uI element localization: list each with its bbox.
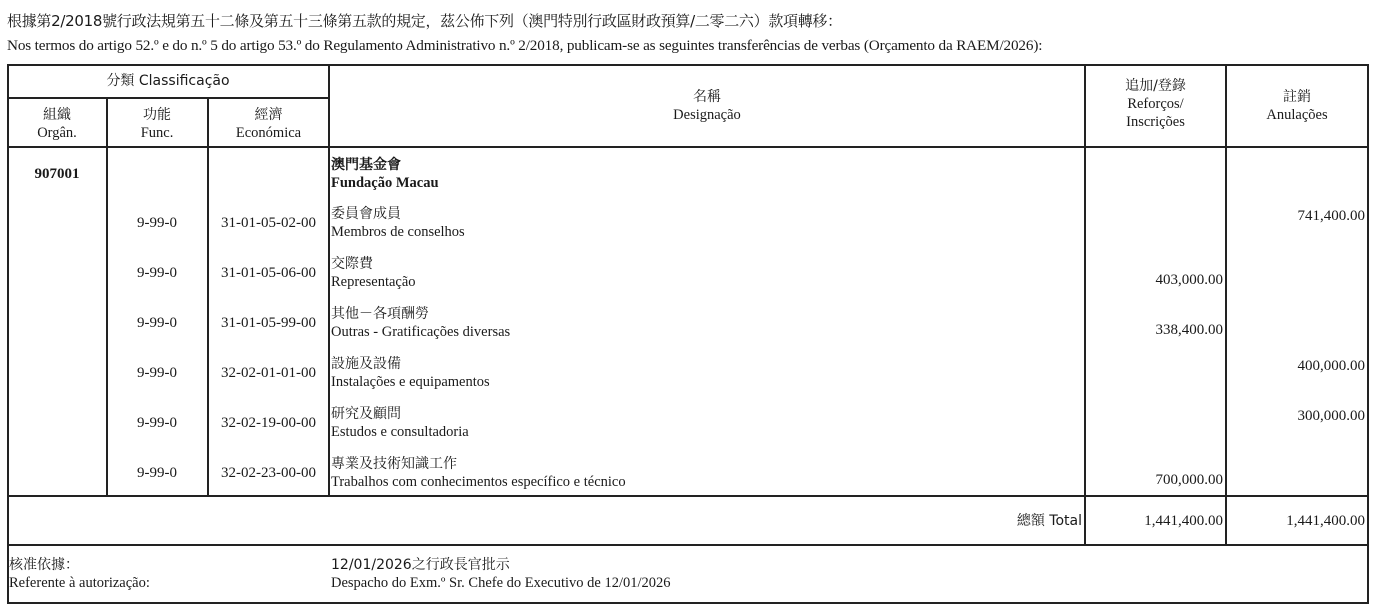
func-code: 9-99-0 xyxy=(107,464,207,482)
econ-code: 31-01-05-99-00 xyxy=(208,314,329,332)
designation-zh: 委員會成員 xyxy=(331,205,1081,223)
designation: 委員會成員Membros de conselhos xyxy=(331,205,1081,241)
header-classification: 分類 Classificação xyxy=(7,72,329,90)
designation-zh: 交際費 xyxy=(331,255,1081,273)
designation-zh: 其他－各項酬勞 xyxy=(331,305,1081,323)
intro-text-portuguese: Nos termos do artigo 52.º e do n.º 5 do … xyxy=(7,37,1042,55)
organ-code: 907001 xyxy=(7,165,107,183)
designation-pt: Instalações e equipamentos xyxy=(331,373,1081,391)
authorization-value-zh: 12/01/2026之行政長官批示 xyxy=(331,556,1231,574)
designation: 研究及顧問Estudos e consultadoria xyxy=(331,405,1081,441)
designation-zh: 專業及技術知識工作 xyxy=(331,455,1081,473)
header-designation-zh: 名稱 xyxy=(329,88,1085,106)
table-border-top xyxy=(7,64,1368,66)
entity-name-zh: 澳門基金會 xyxy=(331,156,1081,174)
econ-code: 32-02-01-01-00 xyxy=(208,364,329,382)
header-func-zh: 功能 xyxy=(107,106,207,124)
cancellation-amount: 300,000.00 xyxy=(1226,407,1365,425)
designation: 專業及技術知識工作Trabalhos com conhecimentos esp… xyxy=(331,455,1081,491)
designation: 設施及設備Instalações e equipamentos xyxy=(331,355,1081,391)
col-divider-organ xyxy=(106,97,108,496)
econ-code: 31-01-05-02-00 xyxy=(208,214,329,232)
header-designation-pt: Designação xyxy=(329,106,1085,124)
header-organ-zh: 組織 xyxy=(7,106,107,124)
table-border-left xyxy=(7,64,9,604)
designation-pt: Membros de conselhos xyxy=(331,223,1081,241)
designation-zh: 研究及顧問 xyxy=(331,405,1081,423)
header-func-pt: Func. xyxy=(107,124,207,142)
classification-divider xyxy=(7,97,329,99)
authorization-value-pt: Despacho do Exm.º Sr. Chefe do Executivo… xyxy=(331,574,1231,592)
header-bottom-border xyxy=(7,146,1368,148)
header-reinforcements: 追加/登錄 Reforços/ Inscrições xyxy=(1085,77,1226,131)
cancellation-amount: 400,000.00 xyxy=(1226,357,1365,375)
header-econ-zh: 經濟 xyxy=(208,106,329,124)
total-row-bottom-border xyxy=(7,544,1368,546)
designation-pt: Representação xyxy=(331,273,1081,291)
func-code: 9-99-0 xyxy=(107,364,207,382)
authorization-label-pt: Referente à autorização: xyxy=(9,574,309,592)
header-econ: 經濟 Económica xyxy=(208,106,329,142)
header-designation: 名稱 Designação xyxy=(329,88,1085,124)
authorization-value: 12/01/2026之行政長官批示 Despacho do Exm.º Sr. … xyxy=(331,556,1231,592)
designation-pt: Estudos e consultadoria xyxy=(331,423,1081,441)
header-cancellations-pt: Anulações xyxy=(1226,106,1368,124)
header-econ-pt: Económica xyxy=(208,124,329,142)
reinforcement-amount: 338,400.00 xyxy=(1085,321,1223,339)
header-func: 功能 Func. xyxy=(107,106,207,142)
designation-pt: Outras - Gratificações diversas xyxy=(331,323,1081,341)
total-label: 總額 Total xyxy=(329,512,1082,530)
designation: 交際費Representação xyxy=(331,255,1081,291)
authorization-label: 核准依據： Referente à autorização: xyxy=(9,556,309,592)
total-reinforcements: 1,441,400.00 xyxy=(1085,512,1223,530)
table-border-right xyxy=(1367,64,1369,604)
authorization-label-zh: 核准依據： xyxy=(9,556,309,574)
header-cancellations: 註銷 Anulações xyxy=(1226,88,1368,124)
header-reinforcements-zh: 追加/登錄 xyxy=(1085,77,1226,95)
designation-zh: 設施及設備 xyxy=(331,355,1081,373)
entity-name: 澳門基金會 Fundação Macau xyxy=(331,156,1081,192)
econ-code: 31-01-05-06-00 xyxy=(208,264,329,282)
designation-pt: Trabalhos com conhecimentos específico e… xyxy=(331,473,1081,491)
econ-code: 32-02-19-00-00 xyxy=(208,414,329,432)
col-divider-func xyxy=(207,97,209,496)
intro-text-chinese: 根據第2/2018號行政法規第五十二條及第五十三條第五款的規定，茲公佈下列（澳門… xyxy=(7,10,842,31)
func-code: 9-99-0 xyxy=(107,264,207,282)
entity-name-pt: Fundação Macau xyxy=(331,174,1081,192)
header-cancellations-zh: 註銷 xyxy=(1226,88,1368,106)
header-reinforcements-pt1: Reforços/ xyxy=(1085,95,1226,113)
total-cancellations: 1,441,400.00 xyxy=(1226,512,1365,530)
reinforcement-amount: 700,000.00 xyxy=(1085,471,1223,489)
designation: 其他－各項酬勞Outras - Gratificações diversas xyxy=(331,305,1081,341)
econ-code: 32-02-23-00-00 xyxy=(208,464,329,482)
cancellation-amount: 741,400.00 xyxy=(1226,207,1365,225)
col-divider-reinforcements xyxy=(1225,64,1227,545)
func-code: 9-99-0 xyxy=(107,214,207,232)
reinforcement-amount: 403,000.00 xyxy=(1085,271,1223,289)
header-reinforcements-pt2: Inscrições xyxy=(1085,113,1226,131)
header-organ: 組織 Orgân. xyxy=(7,106,107,142)
total-row-top-border xyxy=(7,495,1368,497)
func-code: 9-99-0 xyxy=(107,414,207,432)
table-border-bottom xyxy=(7,602,1368,604)
func-code: 9-99-0 xyxy=(107,314,207,332)
header-organ-pt: Orgân. xyxy=(7,124,107,142)
